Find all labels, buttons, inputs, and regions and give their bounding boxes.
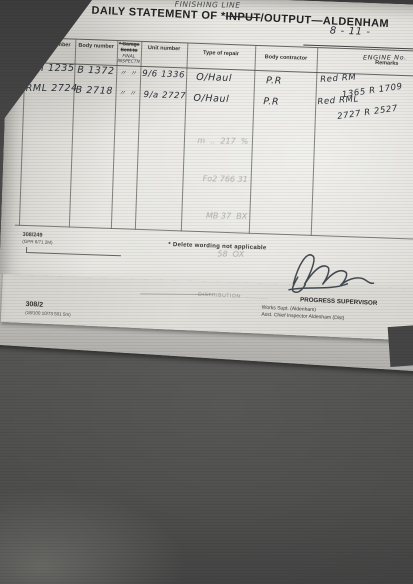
row1-sent-ditto: 〃 〃 <box>119 68 137 79</box>
footer-bracket-line <box>26 247 121 256</box>
form-title-struck-input: INPUT <box>225 11 261 25</box>
handwritten-date: 8 - 11 - <box>330 25 371 37</box>
form-number-sheet2: 308/2 <box>25 301 43 309</box>
row1-remarks-line1: Red RM <box>320 73 357 85</box>
row2-remarks-line2: 2727 R 2527 <box>337 104 399 122</box>
handwritten-final-inspection: FINAL INSPECTN <box>117 54 141 65</box>
row2-type-of-repair: O/Haul <box>193 93 229 105</box>
header-body-number: Body number <box>75 43 117 51</box>
row1-unit-number: 9/6 1336 <box>142 69 185 80</box>
row2-body-contractor: P.R <box>263 96 279 108</box>
daily-statement-form: FINISHING LINE DAILY STATEMENT OF *INPUT… <box>0 0 413 290</box>
row2-unit-number: 9/a 2727 <box>143 90 186 101</box>
signature-scribble <box>285 246 379 301</box>
ghost-line: m .. 217 % <box>197 135 337 150</box>
scanned-document: DISTRIBUTION: ............ PROGRESS SUPE… <box>0 0 413 584</box>
ghost-line: MB 37 BX <box>196 210 336 225</box>
distribution-label: DISTRIBUTION: ............ <box>198 292 269 301</box>
row1-body-number: B 1372 <box>77 65 115 77</box>
header-sent-to: * Garage Sent to FINAL INSPECTN <box>117 42 142 65</box>
row2-body-number: B 2718 <box>75 85 113 97</box>
header-unit-number: Unit number <box>141 45 187 53</box>
row1-type-of-repair: O/Haul <box>196 72 232 84</box>
chief-inspector-label: Asst. Chief Inspector Aldenham (Dist) <box>261 312 344 322</box>
print-imprint-sheet1: (GPR 6/71 2M) <box>22 239 52 245</box>
row2-sent-ditto: 〃 〃 <box>118 88 136 99</box>
header-body-contractor: Body contractor <box>255 54 317 62</box>
print-imprint-sheet2: (18/100 10/73 501 5m) <box>25 310 71 317</box>
row1-body-contractor: P.R <box>266 75 282 87</box>
scanner-bed-notch <box>388 325 413 367</box>
header-type-of-repair: Type of repair <box>187 49 255 58</box>
handwritten-engine-no: ENGINE No. <box>363 53 407 61</box>
row2-remarks-line1: Red RML <box>317 94 359 107</box>
ghost-line: Fo2 766 31 <box>197 173 337 188</box>
row2-vehicle-number: RML 2724 <box>26 83 78 94</box>
form-number-sheet1: 308/249 <box>22 232 42 239</box>
